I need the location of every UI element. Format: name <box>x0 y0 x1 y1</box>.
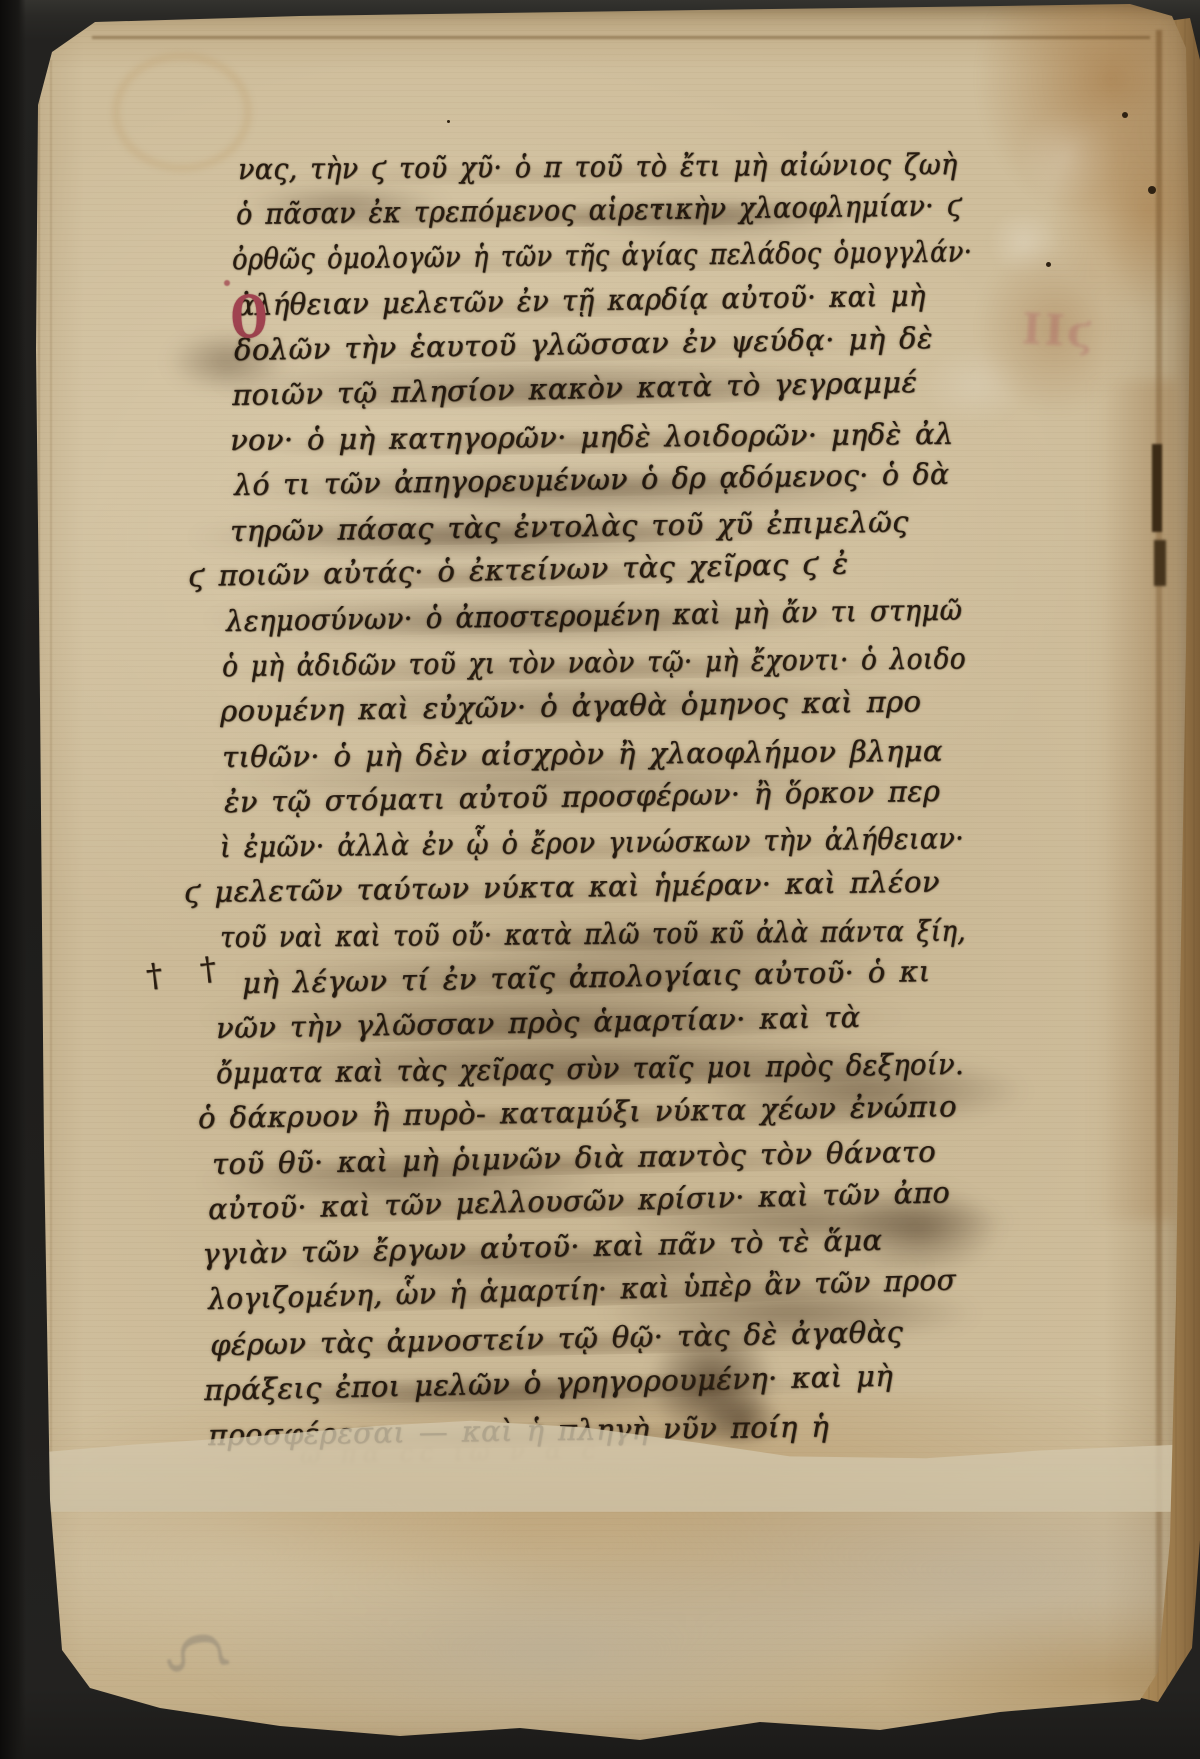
ink-speck <box>1122 112 1128 118</box>
ink-speck <box>447 120 450 123</box>
ink-smudge <box>600 1282 980 1344</box>
ink-smudge <box>195 994 915 1040</box>
ink-smudge <box>240 186 450 224</box>
ink-speck <box>1148 186 1156 194</box>
manuscript-line: νας, τὴν ϛ τοῦ χῦ· ὁ π τοῦ τὸ ἔτι μὴ αἰώ… <box>238 147 958 186</box>
ink-speck <box>658 206 662 210</box>
ink-smudge <box>560 196 860 238</box>
ink-smudge <box>205 362 905 404</box>
ink-smudge <box>250 682 930 720</box>
ink-smudge <box>200 598 840 640</box>
margin-rubric-faded: ΙΙϛ <box>1021 304 1097 357</box>
ink-smudge <box>240 1375 760 1419</box>
ink-smudge <box>205 760 905 800</box>
ink-smudge <box>700 1055 1030 1127</box>
manuscript-page: νας, τὴν ϛ τοῦ χῦ· ὁ π τοῦ τὸ ἔτι μὴ αἰώ… <box>0 0 1200 1759</box>
ink-smudge <box>195 1158 615 1204</box>
manuscript-line: ὀρθῶς ὁμολογῶν ἡ τῶν τῆς ἁγίας πελάδος ὁ… <box>232 234 972 276</box>
ink-smudge <box>215 468 935 512</box>
manuscript-line: ἀλήθειαν μελετῶν ἐν τῇ καρδίᾳ αὐτοῦ· καὶ… <box>236 278 926 322</box>
manuscript-line: ὁ μὴ ἀδιδῶν τοῦ χι τὸν ναὸν τῷ· μὴ ἔχοντ… <box>222 641 966 683</box>
manuscript-line: ὶ ἐμῶν· ἀλλὰ ἐν ᾧ ὁ ἔρον γινώσκων τὴν ἀλ… <box>220 821 964 864</box>
ink-smudge <box>240 1242 940 1288</box>
manuscript-line: νον· ὁ μὴ κατηγορῶν· μηδὲ λοιδορῶν· μηδὲ… <box>230 417 954 457</box>
backdrop: νας, τὴν ϛ τοῦ χῦ· ὁ π τοῦ τὸ ἔτι μὴ αἰώ… <box>0 0 1200 1759</box>
ink-smudge <box>185 514 745 560</box>
rubric-dot <box>224 280 230 286</box>
ink-speck <box>1046 262 1051 267</box>
binding-fold-line <box>16 60 18 1680</box>
manuscript-line: δολῶν τὴν ἑαυτοῦ γλῶσσαν ἐν ψεύδᾳ· μὴ δὲ <box>234 321 933 367</box>
ink-smudge <box>230 952 930 1000</box>
manuscript-line: ϛ μελετῶν ταύτων νύκτα καὶ ἡμέραν· καὶ π… <box>184 864 940 909</box>
binding-fold-line <box>27 60 29 1680</box>
